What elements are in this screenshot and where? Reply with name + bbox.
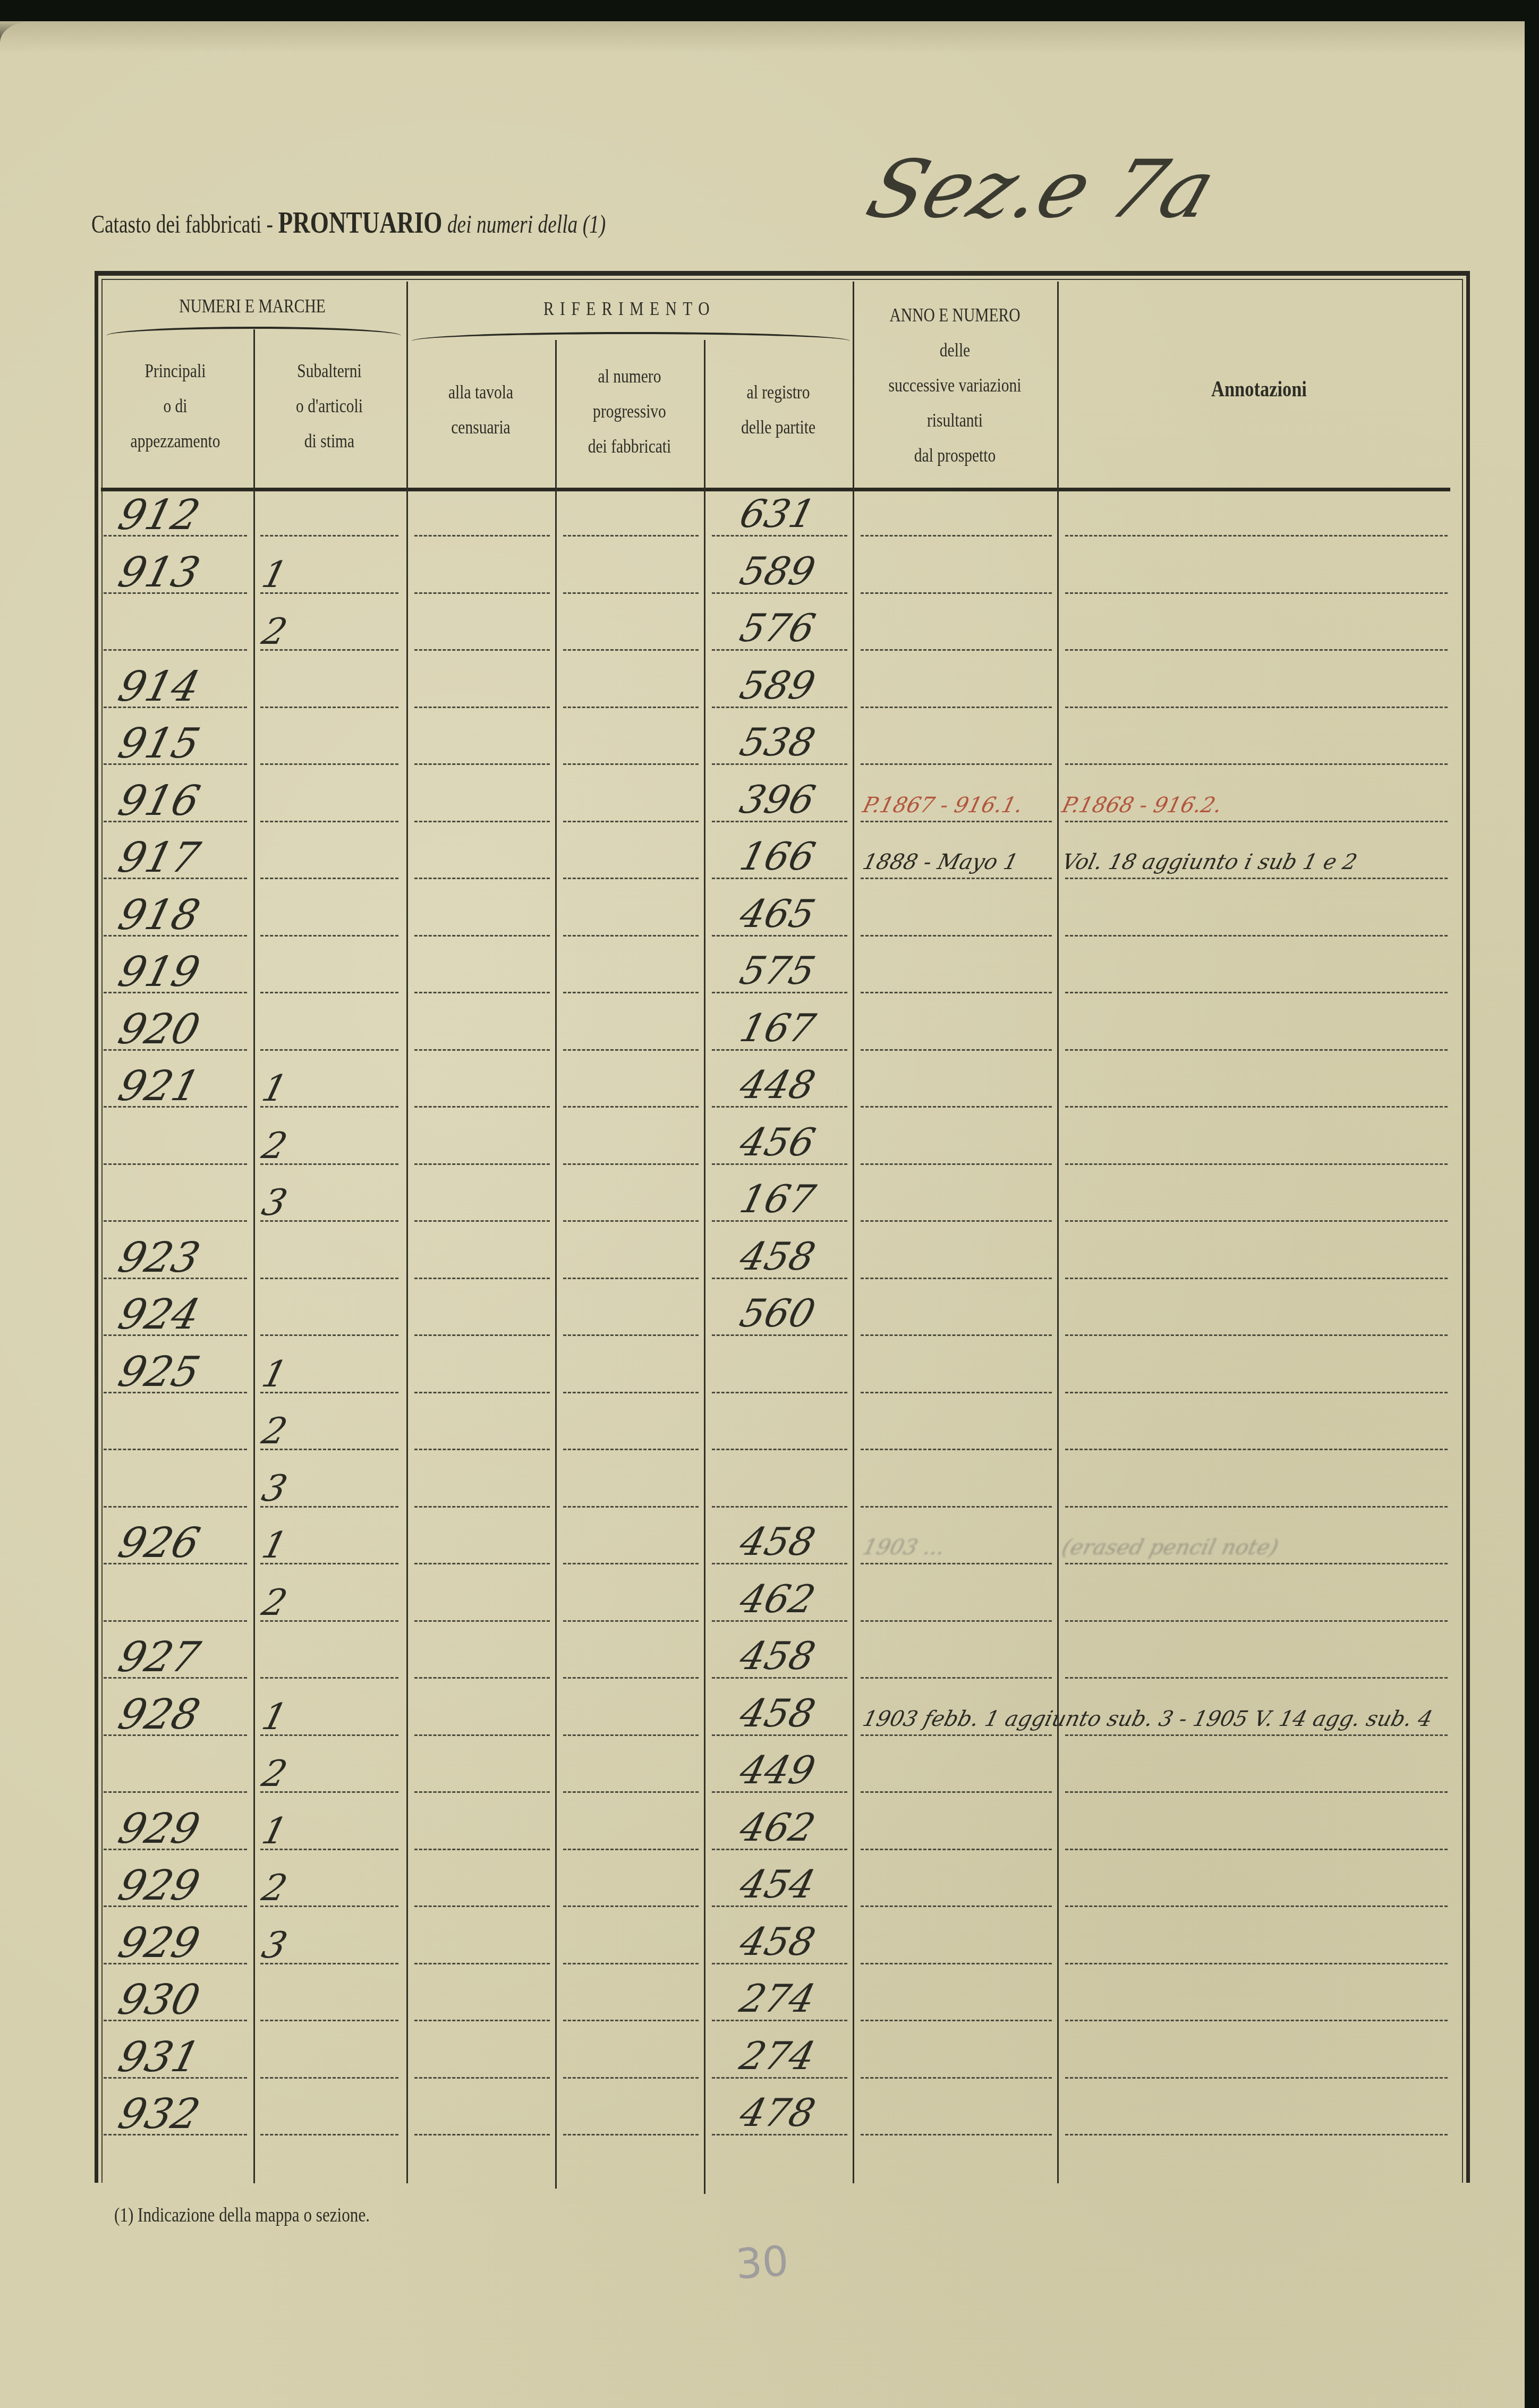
cell-principale: 917 bbox=[114, 834, 205, 882]
row-rule bbox=[414, 1278, 550, 1280]
cell-principale: 929 bbox=[114, 1919, 205, 1967]
row-rule bbox=[563, 1849, 699, 1851]
cell-registro: 274 bbox=[736, 2033, 820, 2078]
cell-principale: 930 bbox=[114, 1976, 205, 2024]
col-header-anno-numero: ANNO E NUMERO delle successive variazion… bbox=[871, 297, 1039, 473]
row-rule bbox=[1065, 707, 1448, 709]
col-header-principali: Principali o di appezzamento bbox=[114, 353, 236, 458]
row-rule bbox=[414, 1963, 550, 1965]
cell-registro: 462 bbox=[736, 1577, 820, 1621]
row-rule bbox=[563, 535, 699, 538]
row-rule bbox=[712, 1506, 847, 1509]
cell-principale: 918 bbox=[114, 891, 205, 939]
cell-variazioni: P.1867 - 916.1. bbox=[860, 793, 1025, 818]
row-rule bbox=[414, 935, 550, 938]
row-rule bbox=[563, 1734, 699, 1737]
cell-registro: 458 bbox=[736, 1633, 820, 1678]
row-rule bbox=[260, 763, 398, 766]
cell-subalterno: 2 bbox=[258, 1753, 291, 1795]
row-rule bbox=[1065, 878, 1448, 880]
row-rule bbox=[1065, 1163, 1448, 1166]
row-rule bbox=[1065, 1734, 1448, 1737]
row-rule bbox=[1065, 592, 1448, 595]
row-rule bbox=[414, 1734, 550, 1737]
row-rule bbox=[260, 1049, 398, 1052]
table-row: 9292454 bbox=[0, 1873, 1539, 1927]
table-row: 9211448 bbox=[0, 1073, 1539, 1127]
table-row: 92614581903 ...(erased pencil note) bbox=[0, 1530, 1539, 1584]
row-rule bbox=[260, 992, 398, 994]
table-row: 915538 bbox=[0, 730, 1539, 785]
row-rule bbox=[563, 707, 699, 709]
row-rule bbox=[414, 649, 550, 652]
row-rule bbox=[260, 2134, 398, 2137]
col-header-subalterni: Subalterni o d'articoli di stima bbox=[268, 353, 390, 458]
cell-registro: 448 bbox=[736, 1062, 820, 1107]
table-row: 932478 bbox=[0, 2101, 1539, 2155]
row-rule bbox=[1065, 1049, 1448, 1052]
title-prefix: Catasto dei fabbricati - bbox=[91, 210, 278, 239]
row-rule bbox=[712, 1449, 847, 1451]
cell-principale: 924 bbox=[114, 1291, 205, 1339]
row-rule bbox=[861, 1963, 1052, 1965]
cell-registro: 456 bbox=[736, 1120, 820, 1164]
cell-subalterno: 2 bbox=[258, 1125, 291, 1167]
cell-registro: 458 bbox=[736, 1691, 820, 1735]
cell-registro: 589 bbox=[736, 549, 820, 593]
row-rule bbox=[1065, 2077, 1448, 2080]
row-rule bbox=[1065, 1449, 1448, 1451]
cell-registro: 454 bbox=[736, 1862, 820, 1907]
row-rule bbox=[563, 1049, 699, 1052]
cell-registro: 538 bbox=[736, 720, 820, 764]
row-rule bbox=[414, 1620, 550, 1623]
row-rule bbox=[1065, 1506, 1448, 1509]
cell-registro: 166 bbox=[736, 834, 820, 879]
row-rule bbox=[563, 1163, 699, 1166]
cell-principale: 927 bbox=[114, 1633, 205, 1681]
row-rule bbox=[104, 1220, 247, 1223]
row-rule bbox=[260, 2077, 398, 2080]
cell-variazioni: 1903 ... bbox=[860, 1535, 947, 1560]
table-row: 9171661888 - Mayo 1Vol. 18 aggiunto i su… bbox=[0, 845, 1539, 899]
cell-registro: 274 bbox=[736, 1976, 820, 2021]
cell-variazioni: 1888 - Mayo 1 bbox=[860, 850, 1021, 874]
row-rule bbox=[861, 992, 1052, 994]
cell-registro: 576 bbox=[736, 606, 820, 650]
cell-registro: 396 bbox=[736, 777, 820, 822]
cell-subalterno: 1 bbox=[258, 1810, 291, 1852]
table-row: 2449 bbox=[0, 1758, 1539, 1813]
row-rule bbox=[861, 878, 1052, 880]
cell-registro: 478 bbox=[736, 2090, 820, 2135]
col-header-registro: al registro delle partite bbox=[719, 375, 837, 445]
row-rule bbox=[1065, 821, 1448, 823]
row-rule bbox=[414, 2077, 550, 2080]
cell-registro: 167 bbox=[736, 1177, 820, 1221]
table-row: 919575 bbox=[0, 959, 1539, 1013]
row-rule bbox=[414, 592, 550, 595]
row-rule bbox=[861, 1506, 1052, 1509]
row-rule bbox=[1065, 1392, 1448, 1394]
row-rule bbox=[1065, 1334, 1448, 1337]
row-rule bbox=[414, 707, 550, 709]
table-row: 927458 bbox=[0, 1644, 1539, 1698]
row-rule bbox=[861, 1449, 1052, 1451]
cell-subalterno: 2 bbox=[258, 1867, 291, 1909]
table-row: 2576 bbox=[0, 616, 1539, 670]
cell-principale: 914 bbox=[114, 663, 205, 711]
row-rule bbox=[861, 1849, 1052, 1851]
row-rule bbox=[563, 1963, 699, 1965]
row-rule bbox=[861, 1677, 1052, 1680]
cell-registro: 449 bbox=[736, 1748, 820, 1792]
row-rule bbox=[414, 1334, 550, 1337]
row-rule bbox=[1065, 1791, 1448, 1794]
col-header-tavola: alla tavola censuaria bbox=[422, 375, 539, 445]
cell-principale: 916 bbox=[114, 777, 205, 825]
cell-subalterno: 1 bbox=[258, 1525, 291, 1567]
cell-annotazioni: (erased pencil note) bbox=[1059, 1535, 1281, 1560]
col-header-progressivo: al numero progressivo dei fabbricati bbox=[571, 359, 688, 464]
row-rule bbox=[414, 535, 550, 538]
row-rule bbox=[861, 2077, 1052, 2080]
row-rule bbox=[1065, 1849, 1448, 1851]
row-rule bbox=[861, 1278, 1052, 1280]
row-rule bbox=[260, 535, 398, 538]
cell-subalterno: 1 bbox=[258, 1068, 291, 1110]
row-rule bbox=[1065, 1106, 1448, 1109]
cell-principale: 923 bbox=[114, 1234, 205, 1282]
cell-subalterno: 3 bbox=[258, 1182, 291, 1224]
paper-edge-shade bbox=[0, 21, 1525, 53]
row-rule bbox=[563, 592, 699, 595]
row-rule bbox=[260, 878, 398, 880]
cell-principale: 929 bbox=[114, 1805, 205, 1853]
row-rule bbox=[563, 1677, 699, 1680]
cell-principale: 928 bbox=[114, 1691, 205, 1739]
row-rule bbox=[563, 1620, 699, 1623]
row-rule bbox=[563, 1106, 699, 1109]
row-rule bbox=[563, 2134, 699, 2137]
cell-annotazioni: P.1868 - 916.2. bbox=[1059, 793, 1225, 818]
row-rule bbox=[563, 1278, 699, 1280]
cell-registro: 458 bbox=[736, 1234, 820, 1279]
table-row: 3167 bbox=[0, 1187, 1539, 1241]
row-rule bbox=[414, 1563, 550, 1565]
row-rule bbox=[104, 1449, 247, 1451]
row-rule bbox=[414, 1392, 550, 1394]
row-rule bbox=[414, 1677, 550, 1680]
row-rule bbox=[414, 1905, 550, 1908]
row-rule bbox=[260, 1677, 398, 1680]
row-rule bbox=[1065, 1563, 1448, 1565]
row-rule bbox=[861, 1220, 1052, 1223]
row-rule bbox=[563, 2020, 699, 2022]
row-rule bbox=[861, 1620, 1052, 1623]
row-rule bbox=[414, 878, 550, 880]
row-rule bbox=[1065, 1905, 1448, 1908]
row-rule bbox=[563, 1791, 699, 1794]
cell-registro: 465 bbox=[736, 891, 820, 936]
cell-variazioni: 1903 febb. 1 aggiunto sub. 3 - 1905 V. 1… bbox=[860, 1707, 1435, 1731]
row-rule bbox=[563, 763, 699, 766]
row-rule bbox=[260, 1278, 398, 1280]
cell-principale: 920 bbox=[114, 1006, 205, 1053]
table-row: 9251 bbox=[0, 1359, 1539, 1413]
row-rule bbox=[861, 763, 1052, 766]
table-row: 912631 bbox=[0, 502, 1539, 556]
header-rule bbox=[101, 488, 1450, 491]
row-rule bbox=[414, 1506, 550, 1509]
row-rule bbox=[563, 1506, 699, 1509]
row-rule bbox=[563, 1220, 699, 1223]
row-rule bbox=[414, 2020, 550, 2022]
cell-principale: 931 bbox=[114, 2033, 205, 2081]
row-rule bbox=[1065, 649, 1448, 652]
row-rule bbox=[861, 1563, 1052, 1565]
row-rule bbox=[260, 707, 398, 709]
cell-subalterno: 1 bbox=[258, 1696, 291, 1738]
row-rule bbox=[260, 935, 398, 938]
row-rule bbox=[861, 592, 1052, 595]
cell-registro: 167 bbox=[736, 1006, 820, 1050]
row-rule bbox=[563, 1449, 699, 1451]
group-numeri-marche: NUMERI E MARCHE bbox=[128, 295, 376, 317]
row-rule bbox=[861, 1905, 1052, 1908]
row-rule bbox=[861, 1049, 1052, 1052]
row-rule bbox=[861, 1791, 1052, 1794]
row-rule bbox=[1065, 535, 1448, 538]
row-rule bbox=[414, 2134, 550, 2137]
row-rule bbox=[414, 1163, 550, 1166]
row-rule bbox=[861, 1163, 1052, 1166]
row-rule bbox=[1065, 935, 1448, 938]
row-rule bbox=[563, 1392, 699, 1394]
row-rule bbox=[861, 2134, 1052, 2137]
footnote: (1) Indicazione della mappa o sezione. bbox=[114, 2203, 370, 2227]
row-rule bbox=[260, 1334, 398, 1337]
row-rule bbox=[1065, 992, 1448, 994]
row-rule bbox=[1065, 763, 1448, 766]
row-rule bbox=[414, 1106, 550, 1109]
row-rule bbox=[1065, 1278, 1448, 1280]
row-rule bbox=[861, 649, 1052, 652]
row-rule bbox=[563, 1905, 699, 1908]
table-row: 930274 bbox=[0, 1987, 1539, 2041]
row-rule bbox=[414, 763, 550, 766]
cell-principale: 913 bbox=[114, 549, 205, 597]
row-rule bbox=[712, 1392, 847, 1394]
cell-registro: 458 bbox=[736, 1519, 820, 1564]
cell-registro: 560 bbox=[736, 1291, 820, 1335]
cell-subalterno: 2 bbox=[258, 1582, 291, 1624]
row-rule bbox=[861, 1734, 1052, 1737]
row-rule bbox=[861, 535, 1052, 538]
cell-subalterno: 1 bbox=[258, 554, 291, 596]
row-rule bbox=[104, 1791, 247, 1794]
row-rule bbox=[563, 1563, 699, 1565]
col-header-annotazioni: Annotazioni bbox=[1098, 372, 1421, 407]
row-rule bbox=[1065, 1963, 1448, 1965]
row-rule bbox=[414, 821, 550, 823]
row-rule bbox=[861, 1334, 1052, 1337]
cell-principale: 932 bbox=[114, 2090, 205, 2138]
row-rule bbox=[1065, 2020, 1448, 2022]
cell-principale: 925 bbox=[114, 1348, 205, 1396]
cell-principale: 926 bbox=[114, 1519, 205, 1567]
cell-subalterno: 2 bbox=[258, 611, 291, 653]
row-rule bbox=[414, 992, 550, 994]
cell-registro: 462 bbox=[736, 1805, 820, 1850]
row-rule bbox=[861, 1106, 1052, 1109]
group-riferimento: RIFERIMENTO bbox=[449, 297, 811, 320]
row-rule bbox=[414, 1849, 550, 1851]
row-rule bbox=[414, 1791, 550, 1794]
cell-principale: 919 bbox=[114, 948, 205, 996]
cell-principale: 929 bbox=[114, 1862, 205, 1910]
row-rule bbox=[260, 2020, 398, 2022]
row-rule bbox=[414, 1449, 550, 1451]
row-rule bbox=[1065, 1677, 1448, 1680]
cell-subalterno: 1 bbox=[258, 1354, 291, 1396]
row-rule bbox=[1065, 1220, 1448, 1223]
row-rule bbox=[861, 935, 1052, 938]
row-rule bbox=[861, 1392, 1052, 1394]
page-title: Catasto dei fabbricati - PRONTUARIO dei … bbox=[91, 205, 606, 240]
row-rule bbox=[1065, 2134, 1448, 2137]
row-rule bbox=[861, 707, 1052, 709]
cell-registro: 631 bbox=[736, 491, 820, 536]
cell-subalterno: 2 bbox=[258, 1410, 291, 1452]
title-main: PRONTUARIO bbox=[278, 205, 442, 240]
cell-subalterno: 3 bbox=[258, 1468, 291, 1510]
row-rule bbox=[104, 1163, 247, 1166]
cell-registro: 458 bbox=[736, 1919, 820, 1964]
table-row: 2 bbox=[0, 1416, 1539, 1470]
row-rule bbox=[563, 878, 699, 880]
cell-principale: 915 bbox=[114, 720, 205, 768]
row-rule bbox=[414, 1220, 550, 1223]
cell-principale: 921 bbox=[114, 1062, 205, 1110]
cell-principale: 912 bbox=[114, 491, 205, 539]
cell-subalterno: 3 bbox=[258, 1925, 291, 1967]
row-rule bbox=[563, 821, 699, 823]
row-rule bbox=[104, 1620, 247, 1623]
row-rule bbox=[414, 1049, 550, 1052]
title-suffix: dei numeri della (1) bbox=[443, 210, 606, 239]
cell-registro: 589 bbox=[736, 663, 820, 708]
row-rule bbox=[563, 935, 699, 938]
row-rule bbox=[260, 821, 398, 823]
row-rule bbox=[563, 2077, 699, 2080]
row-rule bbox=[1065, 1620, 1448, 1623]
row-rule bbox=[861, 821, 1052, 823]
row-rule bbox=[563, 649, 699, 652]
section-handwritten: Sez.e 7a bbox=[856, 143, 1226, 236]
row-rule bbox=[861, 2020, 1052, 2022]
cell-registro: 575 bbox=[736, 948, 820, 993]
page-number: 30 bbox=[734, 2237, 790, 2289]
cell-annotazioni: Vol. 18 aggiunto i sub 1 e 2 bbox=[1059, 850, 1359, 874]
row-rule bbox=[104, 649, 247, 652]
brace-riferimento bbox=[412, 332, 850, 350]
row-rule bbox=[563, 1334, 699, 1337]
row-rule bbox=[563, 992, 699, 994]
table-row: 924560 bbox=[0, 1301, 1539, 1356]
row-rule bbox=[104, 1506, 247, 1509]
